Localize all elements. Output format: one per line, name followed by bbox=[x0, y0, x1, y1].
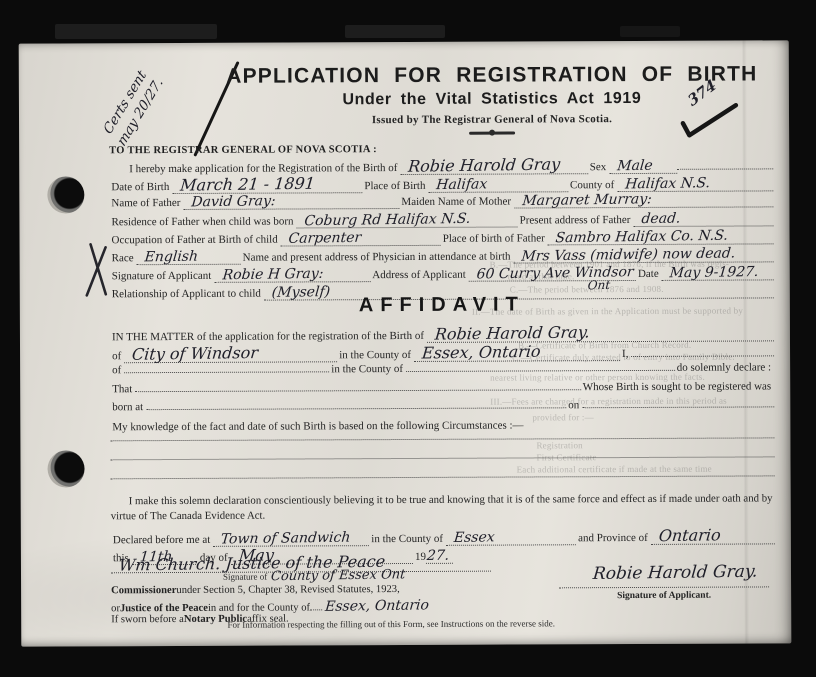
county-of-value: Essex, Ontario bbox=[414, 344, 620, 362]
county-label: County of bbox=[568, 179, 617, 191]
handwritten-race: English bbox=[144, 250, 199, 265]
commissioner-line: Commissioner under Section 5, Chapter 38… bbox=[111, 584, 491, 600]
declared-label: Declared before me at bbox=[111, 533, 213, 545]
dotted-leader bbox=[124, 372, 329, 374]
of-value: City of Windsor bbox=[124, 345, 337, 363]
handwritten-province: Ontario bbox=[658, 527, 721, 544]
page-title: APPLICATION FOR REGISTRATION OF BIRTH bbox=[199, 62, 785, 89]
affidavit-section: AFFIDAVIT IN THE MATTER of the applicati… bbox=[110, 292, 775, 496]
pob-value: Halifax bbox=[428, 177, 568, 193]
handwritten-dob: March 21 - 1891 bbox=[180, 176, 316, 194]
handwritten-matter-name: Robie Harold Gray. bbox=[434, 324, 590, 342]
applicant-signature-value: Robie H Gray: bbox=[214, 267, 370, 283]
father-name-label: Name of Father bbox=[109, 197, 183, 209]
birth-name-label: I hereby make application for the Regist… bbox=[127, 162, 400, 175]
application-section: TO THE REGISTRAR GENERAL OF NOVA SCOTIA … bbox=[109, 142, 774, 304]
film-strip-mark bbox=[620, 26, 680, 37]
applicant-signature-label: Signature of Applicant bbox=[110, 270, 215, 282]
issuer-line: Issued by The Registrar General of Nova … bbox=[199, 112, 785, 127]
handwritten-sex: Male bbox=[617, 159, 654, 174]
declare-label: do solemnly declare : bbox=[675, 362, 774, 374]
commissioner-rest: under Section 5, Chapter 38, Revised Sta… bbox=[176, 584, 399, 596]
handwritten-county: Halifax N.S. bbox=[625, 176, 711, 191]
handwritten-applicant-signature: Robie H Gray: bbox=[222, 267, 324, 282]
footer-note: For Information respecting the filling o… bbox=[21, 617, 761, 630]
signature-of-label: Signature of bbox=[223, 572, 267, 582]
pob-label: Place of Birth bbox=[362, 180, 428, 192]
jp-rest: in and for the County of bbox=[208, 602, 310, 613]
page-subtitle: Under the Vital Statistics Act 1919 bbox=[199, 89, 785, 110]
x-mark-icon bbox=[84, 242, 112, 303]
handwritten-father-residence: Coburg Rd Halifax N.S. bbox=[304, 211, 471, 227]
applicant-signature-caption: Signature of Applicant. bbox=[559, 590, 769, 601]
date-value: May 9-1927. bbox=[662, 266, 774, 281]
father-address-label: Present address of Father bbox=[518, 214, 634, 227]
punch-hole bbox=[47, 176, 84, 213]
i-label: I, bbox=[620, 348, 631, 360]
solemn-declaration-text: I make this solemn declaration conscient… bbox=[111, 491, 775, 525]
dob-label: Date of Birth bbox=[109, 181, 172, 193]
jp-bold: Justice of the Peace bbox=[120, 602, 208, 613]
commissioner-bold: Commissioner bbox=[111, 585, 176, 596]
applicant-signature-line: Robie Harold Gray. bbox=[559, 564, 769, 588]
knowledge-label: My knowledge of the fact and date of suc… bbox=[110, 420, 526, 434]
father-name-value: David Gray: bbox=[183, 194, 399, 210]
handwritten-birth-name: Robie Harold Gray bbox=[408, 157, 561, 175]
dotted-leader bbox=[146, 408, 566, 411]
justice-line: or Justice of the Peace in and for the C… bbox=[111, 598, 491, 614]
handwritten-applicant-full-signature: Robie Harold Gray. bbox=[592, 564, 758, 583]
whose-label: Whose Birth is sought to be registered w… bbox=[581, 380, 775, 393]
birth-name-value: Robie Harold Gray bbox=[400, 157, 587, 175]
matter-value: Robie Harold Gray. bbox=[427, 324, 774, 343]
on-label: on bbox=[566, 400, 582, 412]
sex-value: Male bbox=[609, 159, 677, 174]
handwritten-jp-county: Essex, Ontario bbox=[324, 598, 429, 614]
date-label: Date bbox=[636, 268, 662, 280]
witness-block: Wm Church. Justice of the Peace Signatur… bbox=[111, 555, 491, 629]
county2-label: in the County of bbox=[329, 363, 406, 375]
county-of-label: in the County of bbox=[337, 349, 414, 361]
father-birthplace-value: Sambro Halifax Co. N.S. bbox=[548, 229, 774, 245]
affidavit-heading: AFFIDAVIT bbox=[110, 292, 774, 321]
race-label: Race bbox=[110, 252, 137, 264]
dotted-leader bbox=[135, 389, 580, 392]
punch-hole bbox=[47, 450, 84, 487]
dotted-leader bbox=[631, 355, 774, 357]
of2-label: of bbox=[110, 364, 124, 376]
physician-label: Name and present address of Physician in… bbox=[241, 250, 514, 263]
handwritten-father-occupation: Carpenter bbox=[288, 231, 362, 246]
father-occupation-label: Occupation of Father at Birth of child bbox=[110, 233, 281, 246]
decl-county-value: Essex bbox=[446, 530, 576, 546]
handwritten-declared-place: Town of Sandwich bbox=[221, 530, 352, 546]
dotted-leader bbox=[310, 609, 322, 610]
mother-name-label: Maiden Name of Mother bbox=[399, 196, 514, 209]
applicant-signature-block: Robie Harold Gray. Signature of Applican… bbox=[559, 564, 769, 601]
dotted-leader bbox=[677, 168, 773, 169]
film-strip-mark bbox=[345, 25, 445, 38]
dotted-leader bbox=[582, 407, 774, 409]
declared-before-row: Declared before me at Town of Sandwich i… bbox=[111, 527, 775, 548]
handwritten-witness-title: County of Essex Ont bbox=[271, 568, 407, 583]
handwritten-mother-name: Margaret Murray: bbox=[521, 193, 652, 209]
handwritten-father-birthplace: Sambro Halifax Co. N.S. bbox=[555, 228, 729, 245]
that-label: That bbox=[110, 383, 135, 395]
father-residence-label: Residence of Father when child was born bbox=[109, 215, 296, 228]
handwritten-father-name: David Gray: bbox=[191, 194, 277, 209]
handwritten-physician: Mrs Vass (midwife) now dead. bbox=[521, 246, 736, 263]
father-birthplace-label: Place of birth of Father bbox=[441, 232, 548, 244]
divider-ornament bbox=[469, 132, 515, 135]
matter-label: IN THE MATTER of the application for the… bbox=[110, 330, 427, 343]
jp-prefix: or bbox=[111, 603, 120, 614]
sex-label: Sex bbox=[588, 161, 610, 173]
film-strip-mark bbox=[55, 24, 217, 39]
physician-value: Mrs Vass (midwife) now dead. bbox=[513, 247, 773, 263]
decl-county-label: in the County of bbox=[369, 532, 446, 544]
handwritten-date: May 9-1927. bbox=[669, 265, 759, 280]
county-value: Halifax N.S. bbox=[617, 177, 773, 193]
form-header: APPLICATION FOR REGISTRATION OF BIRTH Un… bbox=[199, 62, 785, 136]
handwritten-pob: Halifax bbox=[436, 178, 488, 193]
father-residence-value: Coburg Rd Halifax N.S. bbox=[296, 212, 517, 228]
province-value: Ontario bbox=[651, 527, 775, 545]
document-page: B.—The period between 1901 and 1876, if … bbox=[19, 40, 792, 646]
applicant-address-label: Address of Applicant bbox=[370, 269, 469, 281]
handwritten-declarant-city: City of Windsor bbox=[131, 345, 258, 363]
handwritten-father-address: dead. bbox=[641, 211, 681, 226]
handwritten-decl-county: Essex bbox=[453, 530, 495, 545]
dob-value: March 21 - 1891 bbox=[172, 176, 362, 194]
father-address-value: dead. bbox=[633, 211, 773, 227]
father-occupation-value: Carpenter bbox=[281, 231, 441, 247]
handwritten-margin-note: Certs sent may 20/27. bbox=[97, 66, 168, 150]
handwritten-declarant-county: Essex, Ontario bbox=[421, 343, 541, 361]
dotted-leader bbox=[406, 370, 675, 372]
born-at-label: born at bbox=[110, 402, 146, 414]
applicant-address-value: 60 Curry Ave WindsorOnt bbox=[469, 266, 636, 282]
microfilm-scan-background: B.—The period between 1901 and 1876, if … bbox=[0, 0, 816, 677]
province-label: and Province of bbox=[576, 532, 651, 544]
declared-place-value: Town of Sandwich bbox=[213, 531, 369, 547]
of-label: of bbox=[110, 350, 124, 362]
mother-name-value: Margaret Murray: bbox=[514, 193, 773, 209]
race-value: English bbox=[137, 250, 241, 265]
